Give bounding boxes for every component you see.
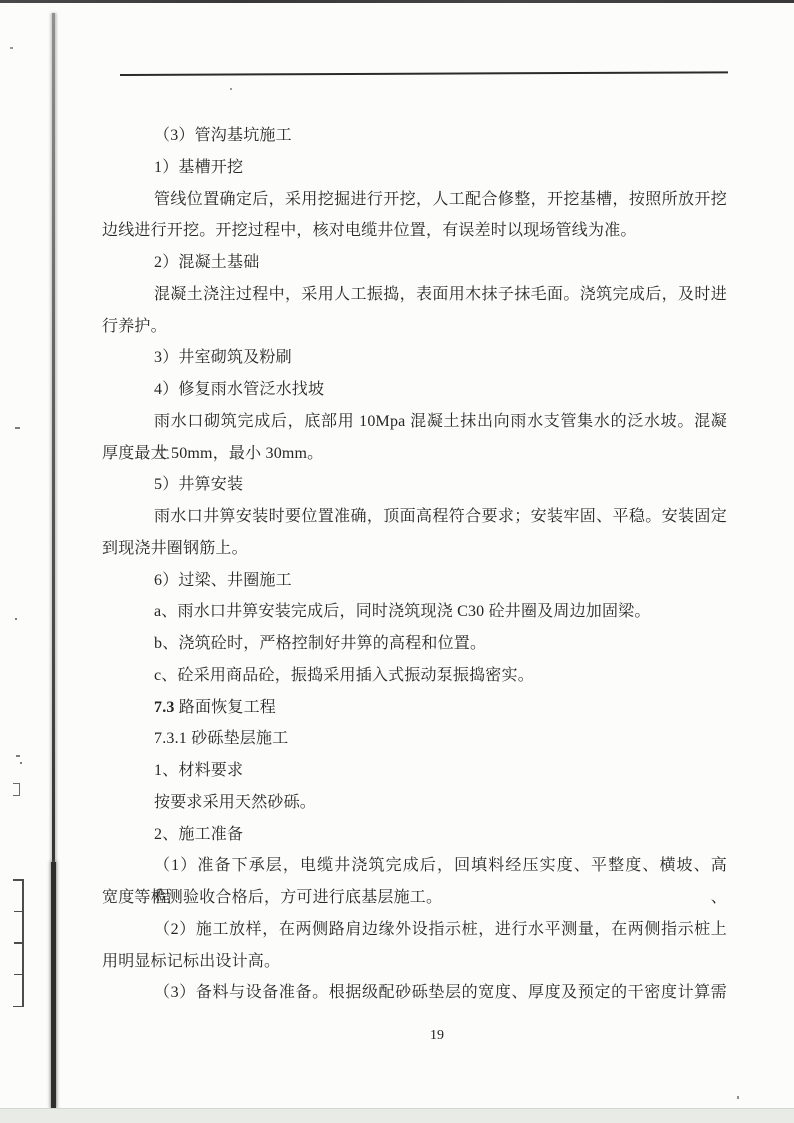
scanner-bottom-band-artifact — [0, 1108, 794, 1123]
text-line: 2、施工准备 — [102, 819, 727, 851]
scan-speck — [15, 427, 20, 429]
text-line: c、砼采用商品砼，振捣采用插入式振动泵振捣密实。 — [102, 660, 727, 692]
scanned-document-page: （3）管沟基坑施工1）基槽开挖管线位置确定后，采用挖掘进行开挖，人工配合修整，开… — [0, 0, 794, 1123]
header-rule — [120, 71, 728, 76]
text-line: b、浇筑砼时，严格控制好井箅的高程和位置。 — [102, 628, 727, 660]
scan-speck — [20, 762, 22, 764]
text-line: 行养护。 — [102, 311, 727, 343]
bleedthrough-tick-artifact — [14, 974, 24, 976]
scan-speck — [13, 783, 20, 796]
scan-speck — [16, 755, 20, 757]
text-line: 1、材料要求 — [102, 755, 727, 787]
text-line: 混凝土浇注过程中，采用人工振捣，表面用木抹子抹毛面。浇筑完成后，及时进 — [102, 279, 727, 311]
text-line: （3）备料与设备准备。根据级配砂砾垫层的宽度、厚度及预定的干密度计算需 — [102, 977, 727, 1009]
text-line: 2）混凝土基础 — [102, 247, 727, 279]
bleedthrough-tick-artifact — [13, 879, 24, 881]
text-line: 雨水口砌筑完成后，底部用 10Mpa 混凝土抹出向雨水支管集水的泛水坡。混凝土 — [102, 406, 727, 438]
page-number: 19 — [407, 1028, 467, 1044]
text-line: 用明显标记标出设计高。 — [102, 946, 727, 978]
bleedthrough-tick-artifact — [14, 942, 24, 944]
text-line: 到现浇井圈钢筋上。 — [102, 533, 727, 565]
bleedthrough-tick-artifact — [13, 1006, 24, 1008]
section-number: 7.3 — [154, 699, 175, 716]
bleedthrough-tick-artifact — [14, 911, 24, 913]
text-line: 雨水口井箅安装时要位置准确，顶面高程符合要求；安装牢固、平稳。安装固定 — [102, 501, 727, 533]
text-line: 边线进行开挖。开挖过程中，核对电缆井位置，有误差时以现场管线为准。 — [102, 215, 727, 247]
scan-speck — [737, 1096, 739, 1099]
text-line: （3）管沟基坑施工 — [102, 120, 727, 152]
document-body: （3）管沟基坑施工1）基槽开挖管线位置确定后，采用挖掘进行开挖，人工配合修整，开… — [102, 120, 727, 1009]
bleedthrough-table-edge-artifact — [22, 880, 24, 1007]
text-line: （2）施工放样，在两侧路肩边缘外设指示桩，进行水平测量，在两侧指示桩上 — [102, 914, 727, 946]
scan-speck — [230, 88, 232, 90]
text-line: 7.3 路面恢复工程 — [102, 692, 727, 724]
text-line: 4）修复雨水管泛水找坡 — [102, 374, 727, 406]
text-line: 5）井箅安装 — [102, 469, 727, 501]
text-line: 3）井室砌筑及粉刷 — [102, 342, 727, 374]
scan-speck — [10, 47, 13, 49]
text-line: a、雨水口井箅安装完成后，同时浇筑现浇 C30 砼井圈及周边加固梁。 — [102, 596, 727, 628]
text-line: 按要求采用天然砂砾。 — [102, 787, 727, 819]
text-line: 1）基槽开挖 — [102, 152, 727, 184]
text-line: 6）过梁、井圈施工 — [102, 565, 727, 597]
scanner-top-edge-artifact — [0, 0, 794, 3]
text-line: 管线位置确定后，采用挖掘进行开挖，人工配合修整，开挖基槽，按照所放开挖 — [102, 184, 727, 216]
text-line: （1）准备下承层，电缆井浇筑完成后，回填料经压实度、平整度、横坡、高程、 — [102, 850, 727, 882]
text-line: 7.3.1 砂砾垫层施工 — [102, 723, 727, 755]
scan-speck — [15, 618, 17, 620]
page-fold-line-bottom-artifact — [51, 862, 56, 1108]
text-line: 厚度最大 50mm，最小 30mm。 — [102, 438, 727, 470]
